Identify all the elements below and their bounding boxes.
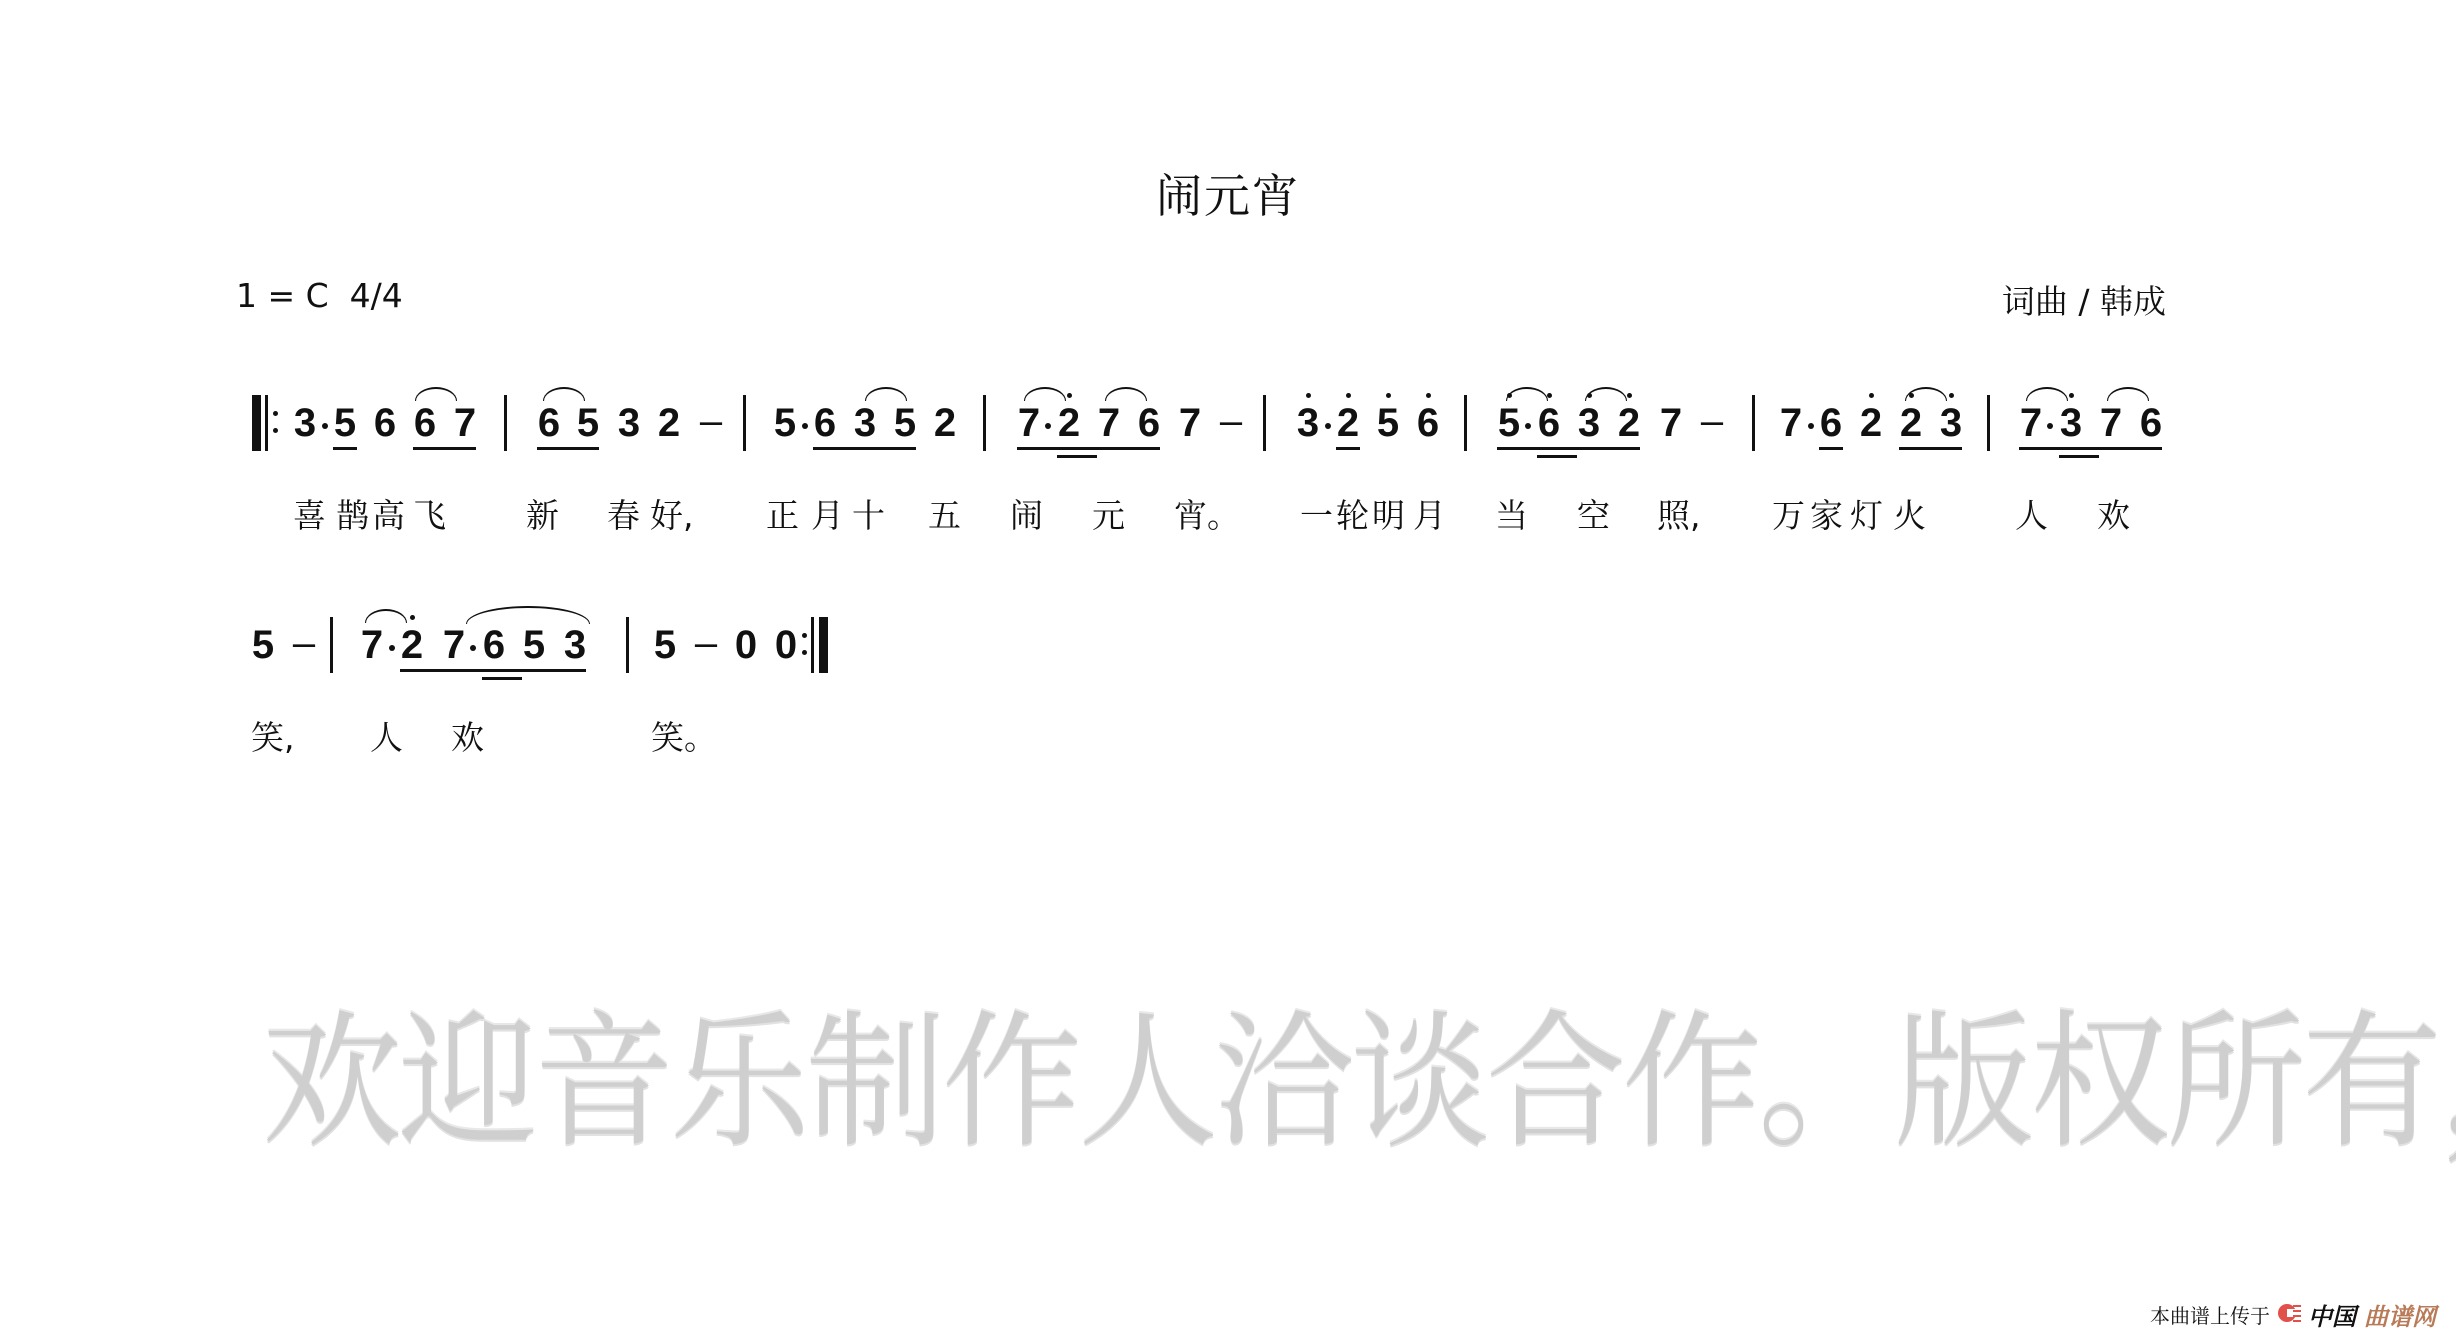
site-logo-text-qupu: 曲谱网 [2364,1297,2436,1332]
bar-line [1464,395,1467,451]
note-high: 2 [1615,403,1643,443]
note: 6 [480,625,508,665]
slur [2107,387,2149,401]
note: 5 [331,403,359,443]
augmentation-dot [1325,423,1331,429]
lyric: 人 [2015,490,2048,537]
lyric: 明 [1372,490,1405,537]
note: 7 [1015,403,1043,443]
bar-line [983,395,986,451]
site-logo-text-cn: 中国 [2308,1297,2356,1332]
lyric: 笑。 [651,712,717,759]
underline [537,447,599,450]
bar-line [1987,395,1990,451]
note: 7 [1095,403,1123,443]
lyrics-line-1: 喜 鹊 高 飞 新 春 好, 正 月 十 五 闹 元 宵。 一 轮 明 月 当 … [0,490,2456,610]
lyric: 人 [370,712,403,759]
note: 7 [2097,403,2125,443]
bar-line [743,395,746,451]
lyric: 好, [650,490,694,537]
score-title: 闹元宵 [0,160,2456,226]
lyric: 灯 [1850,490,1883,537]
extension-dash: – [1217,401,1245,441]
lyric: 家 [1810,490,1843,537]
extension-dash: – [692,623,720,663]
slur [1506,387,1548,401]
lyric: 五 [928,490,961,537]
key-signature: 1 = C 4/4 [236,276,403,315]
note-high: 2 [1897,403,1925,443]
lyric: 鹊 [336,490,369,537]
lyric: 欢 [2097,490,2130,537]
slur [865,387,907,401]
lyric: 正 [766,490,799,537]
lyric: 照, [1657,490,1701,537]
extension-dash: – [697,401,725,441]
lyric: 喜 [293,490,326,537]
note: 5 [574,403,602,443]
note: 5 [249,625,277,665]
underline [333,447,357,450]
note: 7 [440,625,468,665]
note-high: 2 [1334,403,1362,443]
repeat-start-thin-bar [265,395,268,451]
lyric: 飞 [413,490,446,537]
note-high: 3 [1575,403,1603,443]
note-high: 3 [1937,403,1965,443]
underline [1336,447,1360,450]
note: 7 [2017,403,2045,443]
repeat-start-thick-bar [252,395,261,451]
slur [1105,387,1147,401]
underline [1017,447,1160,450]
lyric: 高 [372,490,405,537]
lyric: 春 [607,490,640,537]
lyric: 元 [1092,490,1125,537]
lyric: 万 [1772,490,1805,537]
site-logo-icon [2278,1302,2300,1326]
note: 5 [520,625,548,665]
lyric: 轮 [1336,490,1369,537]
note: 6 [2137,403,2165,443]
underline [413,447,476,450]
note-high: 2 [398,625,426,665]
lyrics-line-2: 笑, 人 欢 笑。 [0,712,2456,832]
note: 5 [771,403,799,443]
note-high: 3 [2057,403,2085,443]
slur [415,387,457,401]
note: 3 [561,625,589,665]
note: 7 [1657,403,1685,443]
augmentation-dot [470,645,476,651]
repeat-dot [273,411,278,416]
note-high: 3 [1294,403,1322,443]
augmentation-dot [389,645,395,651]
lyric: 月 [1413,490,1446,537]
slur [2026,387,2068,401]
underline [1497,447,1640,450]
augmentation-dot [1045,423,1051,429]
note: 5 [651,625,679,665]
lyric: 月 [811,490,844,537]
augmentation-dot [1808,423,1814,429]
note: 3 [851,403,879,443]
repeat-end-thick-bar [819,617,828,673]
underline [1819,447,1843,450]
augmentation-dot [802,423,808,429]
slur [543,387,585,401]
note-high: 6 [1535,403,1563,443]
upload-text: 本曲谱上传于 [2150,1300,2270,1329]
lyric: 新 [526,490,559,537]
repeat-dot [802,633,807,638]
underline [2019,447,2162,450]
lyric: 一 [1300,490,1333,537]
underline [1537,455,1577,458]
lyric: 当 [1495,490,1528,537]
site-footer: 本曲谱上传于 中国 曲谱网 [2150,1296,2436,1332]
note: 6 [1817,403,1845,443]
note: 6 [535,403,563,443]
bar-line [1263,395,1266,451]
lyric: 空 [1577,490,1610,537]
repeat-dot [273,428,278,433]
lyric: 闹 [1010,490,1043,537]
lyric: 欢 [451,712,484,759]
note: 5 [891,403,919,443]
underline [482,677,522,680]
note-high: 2 [1055,403,1083,443]
note: 7 [358,625,386,665]
augmentation-dot [1525,423,1531,429]
rest: 0 [772,625,800,665]
note-high: 5 [1374,403,1402,443]
copyright-watermark: 欢迎音乐制作人洽谈合作。版权所有，不得侵犯，违者必究。 [262,965,2202,1176]
note: 2 [931,403,959,443]
underline [813,447,916,450]
lyric: 火 [1893,490,1926,537]
bar-line [504,395,507,451]
note: 7 [1176,403,1204,443]
note-high: 5 [1495,403,1523,443]
note: 6 [811,403,839,443]
slur [365,609,407,623]
note: 3 [615,403,643,443]
underline [400,669,586,672]
bar-line [1752,395,1755,451]
underline [2059,455,2099,458]
note: 6 [371,403,399,443]
lyric: 十 [852,490,885,537]
augmentation-dot [322,423,328,429]
note: 2 [655,403,683,443]
augmentation-dot [2047,423,2053,429]
note: 6 [1135,403,1163,443]
underline [1899,447,1962,450]
repeat-end-thin-bar [811,617,814,673]
extension-dash: – [1698,401,1726,441]
extension-dash: – [290,623,318,663]
note-high: 2 [1857,403,1885,443]
bar-line [626,617,629,673]
underline [1057,455,1097,458]
note: 7 [451,403,479,443]
bar-line [330,617,333,673]
repeat-dot [802,650,807,655]
note: 3 [291,403,319,443]
lyric: 宵。 [1174,490,1240,537]
lyric: 笑, [251,712,295,759]
rest: 0 [732,625,760,665]
credits: 词曲 / 韩成 [2002,276,2166,323]
note-high: 6 [1414,403,1442,443]
note: 6 [411,403,439,443]
slur [1024,387,1066,401]
note: 7 [1777,403,1805,443]
